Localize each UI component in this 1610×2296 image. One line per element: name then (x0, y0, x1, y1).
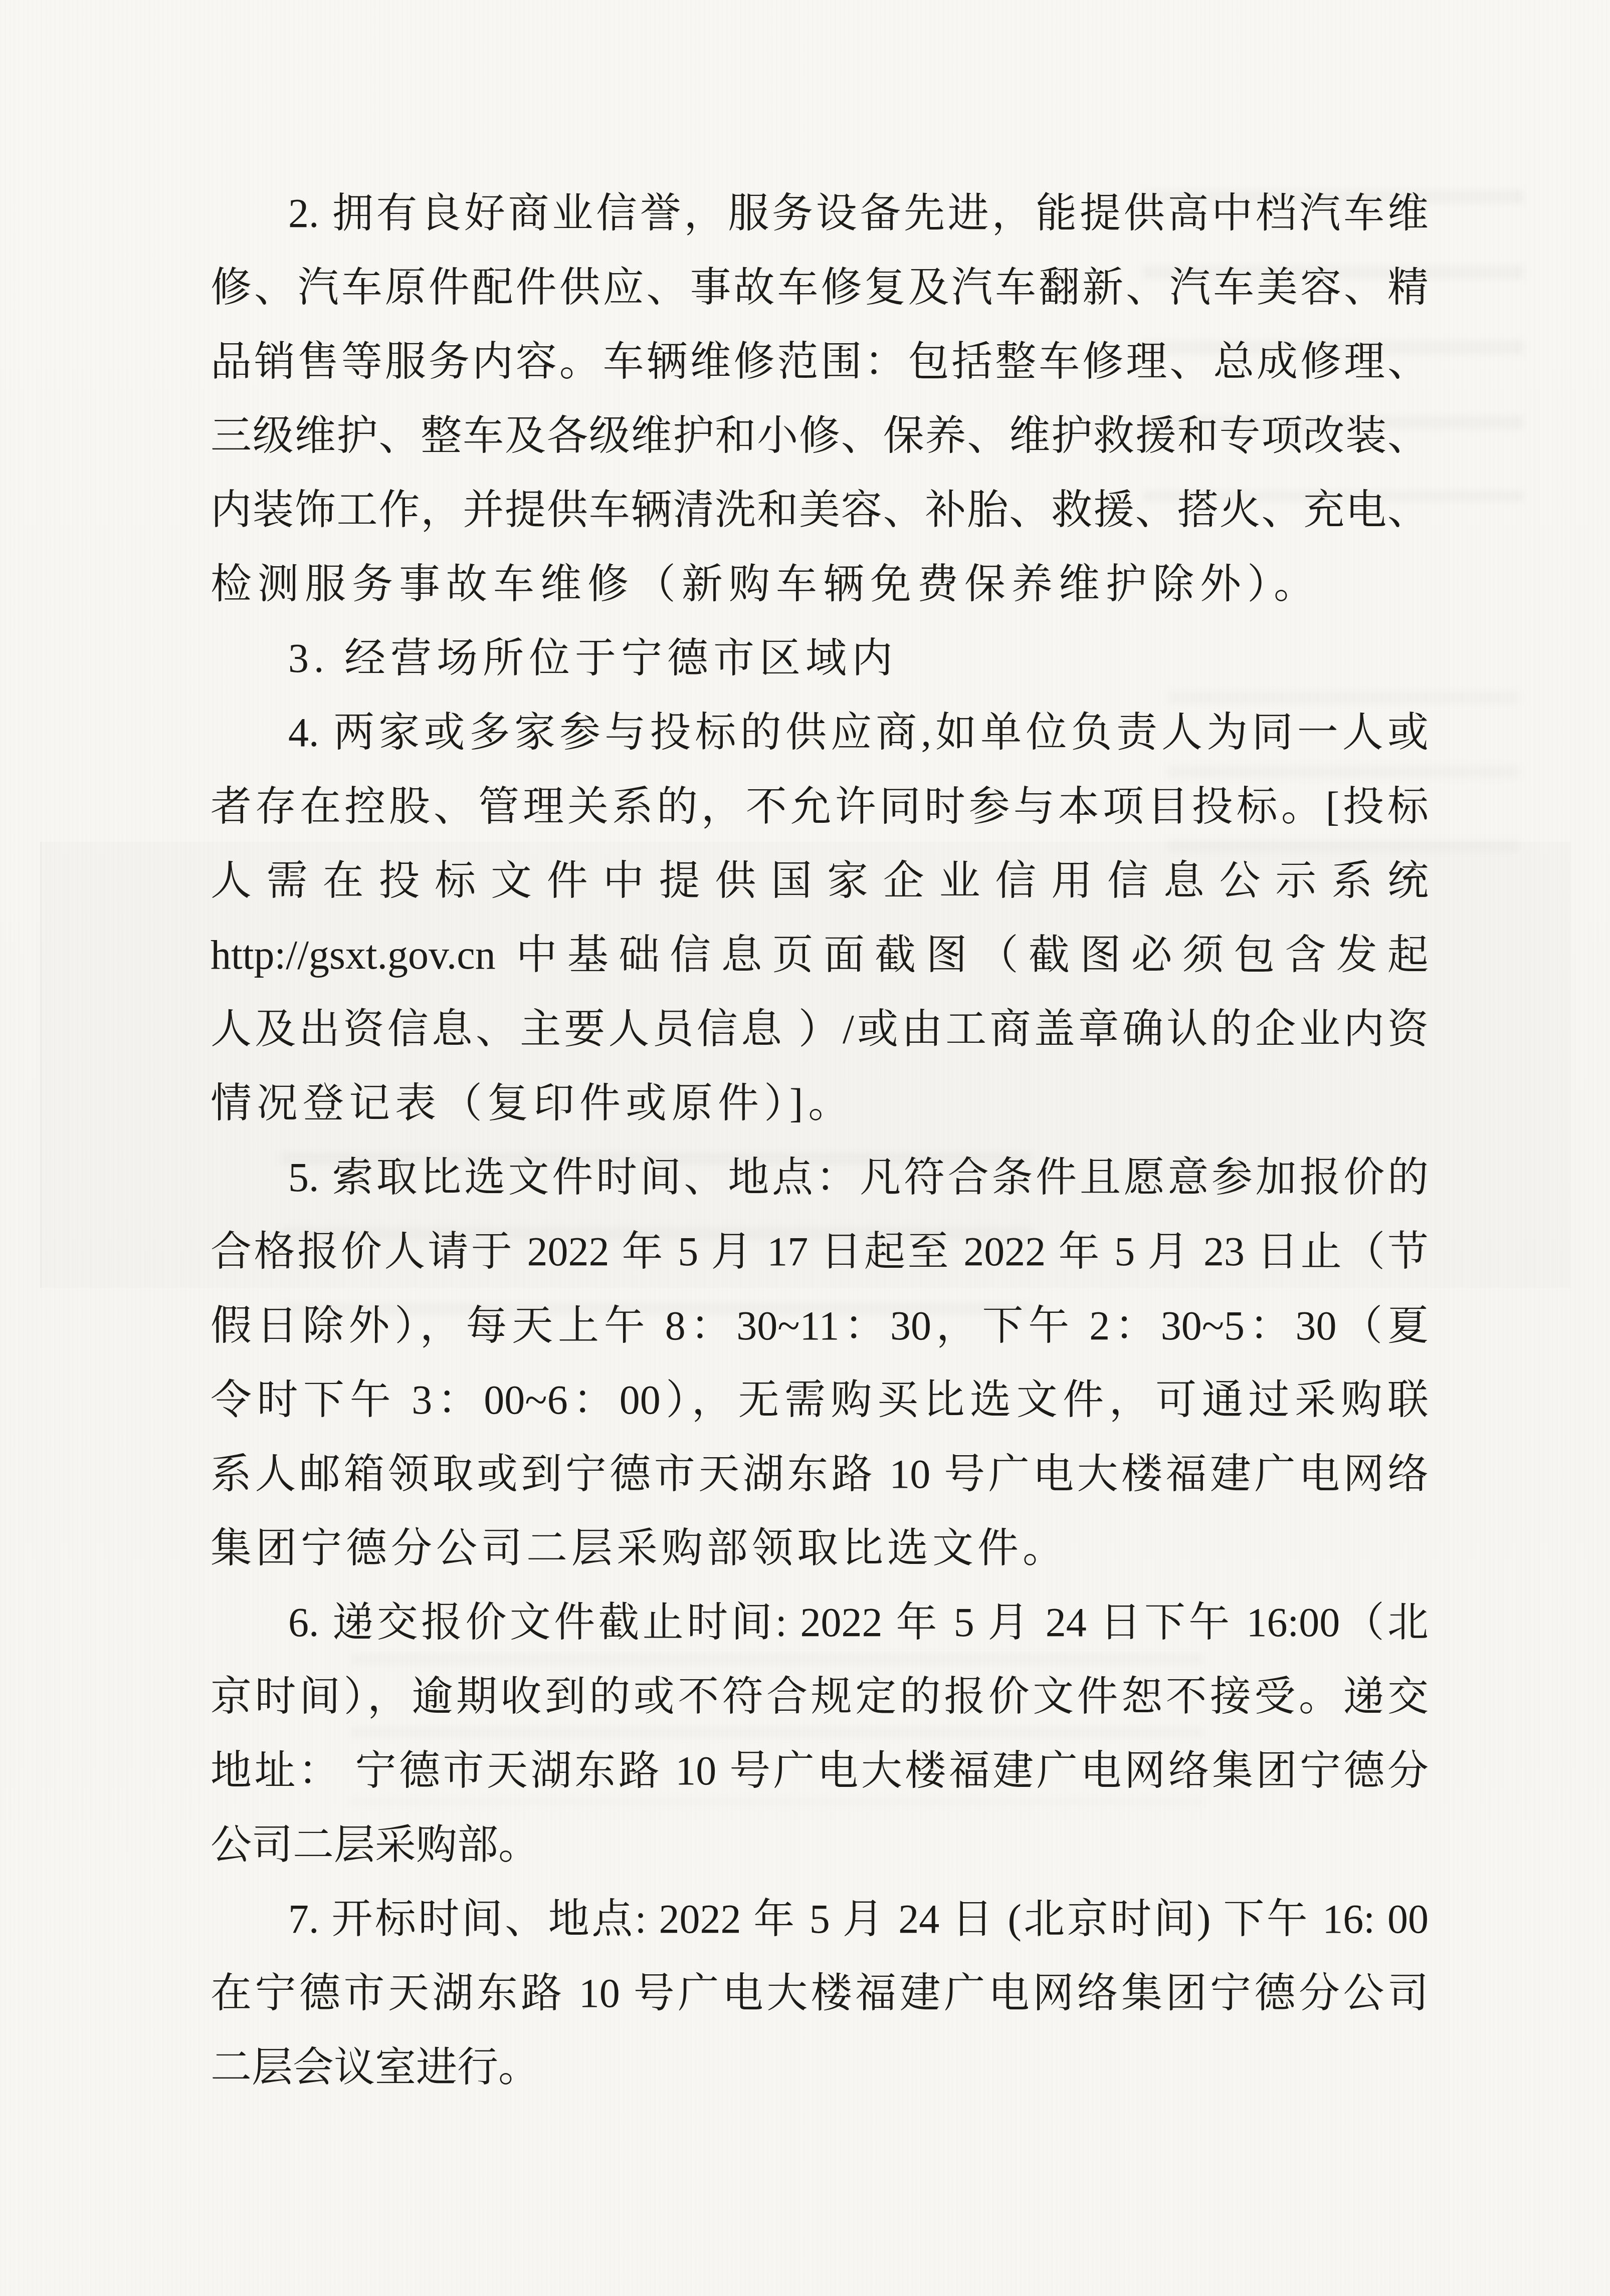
text-line: 二层会议室进行。 (211, 2030, 1429, 2105)
text-line: 修、汽车原件配件供应、事故车修复及汽车翻新、汽车美容、精 (211, 251, 1429, 325)
text-line: 人及出资信息、主要人员信息 ）/或由工商盖章确认的企业内资 (211, 992, 1429, 1066)
text-line: 在宁德市天湖东路 10 号广电大楼福建广电网络集团宁德分公司 (211, 1956, 1429, 2030)
text-line: 2. 拥有良好商业信誉，服务设备先进，能提供高中档汽车维 (211, 176, 1429, 251)
document-body: 2. 拥有良好商业信誉，服务设备先进，能提供高中档汽车维修、汽车原件配件供应、事… (211, 176, 1429, 2105)
text-line: 系人邮箱领取或到宁德市天湖东路 10 号广电大楼福建广电网络 (211, 1437, 1429, 1511)
text-line: 集团宁德分公司二层采购部领取比选文件。 (211, 1511, 1429, 1585)
text-line: 令时下午 3：00~6：00），无需购买比选文件，可通过采购联 (211, 1363, 1429, 1437)
text-line: 公司二层采购部。 (211, 1808, 1429, 1882)
text-line: 情况登记表（复印件或原件）]。 (211, 1066, 1429, 1140)
text-line: 4. 两家或多家参与投标的供应商,如单位负责人为同一人或 (211, 696, 1429, 770)
text-line: 合格报价人请于 2022 年 5 月 17 日起至 2022 年 5 月 23 … (211, 1215, 1429, 1289)
text-line: 5. 索取比选文件时间、地点：凡符合条件且愿意参加报价的 (211, 1140, 1429, 1215)
text-line: http://gsxt.gov.cn 中基础信息页面截图（截图必须包含发起 (211, 918, 1429, 992)
text-line: 京时间），逾期收到的或不符合规定的报价文件恕不接受。递交 (211, 1660, 1429, 1734)
text-line: 7. 开标时间、地点: 2022 年 5 月 24 日 (北京时间) 下午 16… (211, 1882, 1429, 1956)
text-line: 假日除外），每天上午 8：30~11：30，下午 2：30~5：30（夏 (211, 1289, 1429, 1363)
text-line: 者存在控股、管理关系的，不允许同时参与本项目投标。[投标 (211, 770, 1429, 844)
text-line: 3. 经营场所位于宁德市区域内 (211, 621, 1429, 696)
text-line: 地址： 宁德市天湖东路 10 号广电大楼福建广电网络集团宁德分 (211, 1734, 1429, 1808)
text-line: 三级维护、整车及各级维护和小修、保养、维护救援和专项改装、 (211, 399, 1429, 473)
text-line: 品销售等服务内容。车辆维修范围：包括整车修理、总成修理、 (211, 325, 1429, 399)
document-page: 2. 拥有良好商业信誉，服务设备先进，能提供高中档汽车维修、汽车原件配件供应、事… (0, 0, 1610, 2296)
text-line: 检测服务事故车维修（新购车辆免费保养维护除外）。 (211, 547, 1429, 621)
text-line: 内装饰工作，并提供车辆清洗和美容、补胎、救援、搭火、充电、 (211, 473, 1429, 547)
text-line: 人需在投标文件中提供国家企业信用信息公示系统 (211, 844, 1429, 918)
text-line: 6. 递交报价文件截止时间: 2022 年 5 月 24 日下午 16:00（北 (211, 1585, 1429, 1660)
